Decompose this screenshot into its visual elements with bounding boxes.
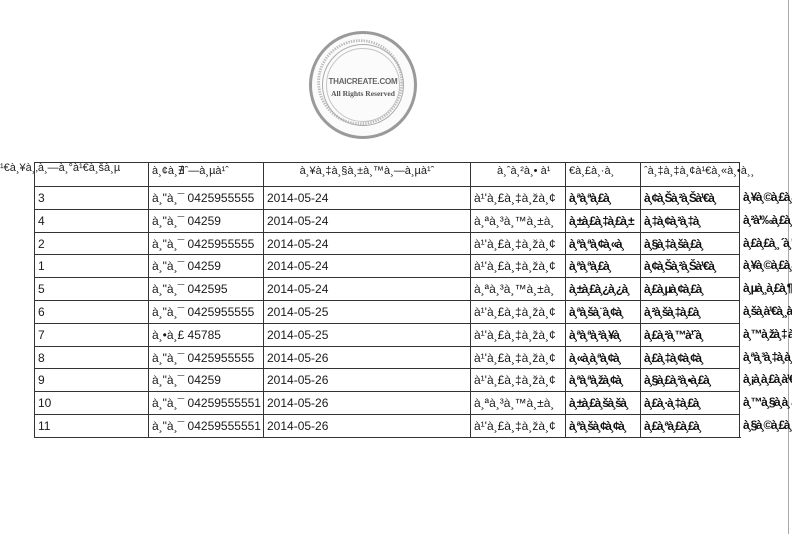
table-cell-c5: à¸±à¸£à¸‡à¸£à¸± — [565, 209, 640, 232]
table-cell-c5: à¸ªà¸ªà¸£à¸ — [565, 254, 640, 277]
table-cell-phone: à¸"à¸¯ 0425955555 — [148, 232, 263, 255]
table-cell-c5: à¸±à¸£à¸¿à¸¿à¸ — [565, 277, 640, 300]
table-cell-phone: à¸"à¸¯ 04259 — [148, 368, 263, 391]
table-cell-c5: à¸ªà¸ªà¸£à¸ — [565, 186, 640, 209]
table-cell-c6: à¸§à¸‡à¸šà¸£à¸ — [640, 232, 740, 255]
table-cell-id: 7 — [34, 323, 148, 346]
table-cell-c7: à¸²à¹‰à¸£à¸¢à¹€à¸ — [740, 209, 792, 232]
table-cell-c7: à¸šà¸à¹€à¸¸à¸ — [740, 300, 792, 323]
table-cell-c7: à¸§à¸©à¸£à¸™à¹€à¸ — [740, 414, 792, 437]
table-cell-c5: à¸ªà¸ªà¸²à¸¥à¸ — [565, 323, 640, 346]
table-cell-id: 9 — [34, 368, 148, 391]
table-cell-c5: à¸ªà¸ªà¸¢à¸«à¸ — [565, 232, 640, 255]
table-cell-date: 2014-05-25 — [263, 323, 470, 346]
table-cell-c4: à¹'à¸£à¸‡à¸žà¸¢ — [470, 368, 565, 391]
stamp-rights-text: All Rights Reserved — [312, 89, 414, 98]
table-cell-c6: à¸¢à¸Šà¸²à¸Šà¹€à¸ — [640, 186, 740, 209]
table-cell-c6: à¸£à¸µà¸¢à¸£à¸ — [640, 277, 740, 300]
table-cell-id: 1 — [34, 254, 148, 277]
table-cell-c4: à¹'à¸£à¸‡à¸žà¸¢ — [470, 254, 565, 277]
table-cell-phone: à¸"à¸¯ 042595 — [148, 277, 263, 300]
table-cell-id: 3 — [34, 186, 148, 209]
table-cell-c5: à¸±à¸£à¸šà¸šà¸ — [565, 391, 640, 414]
table-cell-phone: à¸"à¸¯ 0425955555 — [148, 300, 263, 323]
stamp-brand-name: THAICREATE.COM — [312, 77, 414, 86]
table-cell-c7: à¸µà¸¸à¸£à¸¶à¸ — [740, 277, 792, 300]
table-cell-c6: à¸£à¸·à¸‡à¸£à¸ — [640, 391, 740, 414]
table-cell-id: 4 — [34, 209, 148, 232]
table-cell-id: 8 — [34, 346, 148, 369]
table-cell-c4: à¹'à¸£à¸‡à¸žà¸¢ — [470, 346, 565, 369]
table-cell-c4: à¹'à¸£à¸‡à¸žà¸¢ — [470, 232, 565, 255]
table-cell-c6: à¸£à¸²à¸™à¹ˆà¸ — [640, 323, 740, 346]
table-cell-date: 2014-05-24 — [263, 186, 470, 209]
table-cell-c7: à¸¥à¸©à¸£à¸­à¹€à¸ — [740, 254, 792, 277]
table-cell-c6: à¸£à¸ªà¸£à¸£à¸ — [640, 414, 740, 437]
table-cell-c4: à¸ªà¸³à¸™à¸±à¸ — [470, 391, 565, 414]
table-cell-c5: à¸«à¸à¸ªà¸¢à¸ — [565, 346, 640, 369]
table-cell-c4: à¹'à¸£à¸‡à¸žà¸¢ — [470, 186, 565, 209]
table-bottom-border — [34, 437, 741, 438]
table-cell-date: 2014-05-24 — [263, 209, 470, 232]
table-cell-id: 5 — [34, 277, 148, 300]
table-cell-c4: à¹'à¸£à¸‡à¸žà¸¢ — [470, 414, 565, 437]
table-cell-date: 2014-05-26 — [263, 414, 470, 437]
table-cell-date: 2014-05-26 — [263, 391, 470, 414]
table-cell-c6: à¸‡à¸¢à¸²à¸‡à¸ — [640, 209, 740, 232]
table-cell-date: 2014-05-24 — [263, 232, 470, 255]
table-cell-id: 6 — [34, 300, 148, 323]
table-cell-phone: à¸"à¸¯ 0425955555 — [148, 186, 263, 209]
header-cell-from: à¸ˆà¸²à¸• à¹ — [470, 162, 565, 186]
table-cell-c5: à¸ªà¸ªà¸žà¸¢à¸ — [565, 368, 640, 391]
table-cell-c7: à¸¡à¸­à¸£à¸­à¹€à¸ — [740, 368, 792, 391]
header-cell-subject: €à¸£à¸·à¸ — [565, 162, 640, 186]
table-cell-c7: à¸™à¸§à¸à¸ à¹€à¸ — [740, 391, 792, 414]
table-cell-phone: à¸"à¸¯ 04259 — [148, 254, 263, 277]
table-cell-c7: à¸ªà¸³à¸‡à¸à¸šà¸ — [740, 346, 792, 369]
table-cell-c6: à¸²à¸šà¸‡à¸£à¸ — [640, 300, 740, 323]
table-cell-c4: à¹'à¸£à¸‡à¸žà¸¢ — [470, 323, 565, 346]
header-cell-date: à¸¥à¸‡à¸§à¸±à¸™à¸—à¸µà¹ˆ — [263, 162, 470, 186]
table-cell-date: 2014-05-25 — [263, 300, 470, 323]
header-cell-phone: à¸¢à¸∄ˆ—à¸µà¹ˆ — [148, 162, 263, 186]
table-cell-c4: à¹'à¸£à¸‡à¸žà¸¢ — [470, 300, 565, 323]
table-cell-c4: à¸ªà¸³à¸™à¸±à¸ — [470, 209, 565, 232]
header-cell-blank — [34, 162, 148, 186]
table-cell-c4: à¸ªà¸³à¸™à¸±à¸ — [470, 277, 565, 300]
thaicreate-stamp-logo: THAICREATE.COM All Rights Reserved — [309, 31, 417, 139]
table-cell-c7: à¸£à¸£à¸¸ ´à¸" — [740, 232, 792, 255]
table-cell-c5: à¸ªà¸šà¸¢à¸¢à¸ — [565, 414, 640, 437]
table-cell-phone: à¸"à¸¯ 0425955555 — [148, 346, 263, 369]
table-cell-phone: à¸"à¸¯ 04259555551 — [148, 414, 263, 437]
table-cell-id: 10 — [34, 391, 148, 414]
table-cell-phone: à¸"à¸¯ 04259 — [148, 209, 263, 232]
header-cell-note: ˆà¸‡à¸‡à¸¢à¹€à¸«à¸•à¸¸ — [640, 162, 740, 186]
table-cell-c7: à¸™à¸žà¸‡ à¸šà¸ — [740, 323, 792, 346]
table-cell-date: 2014-05-26 — [263, 368, 470, 391]
table-cell-c7: à¸¥à¸©à¸£à¸­à¹€à¸ — [740, 186, 792, 209]
table-cell-date: 2014-05-24 — [263, 277, 470, 300]
table-cell-date: 2014-05-26 — [263, 346, 470, 369]
table-cell-id: 11 — [34, 414, 148, 437]
table-cell-c6: à¸§à¸£à¸²à¸•à¸£à¸ — [640, 368, 740, 391]
table-cell-date: 2014-05-24 — [263, 254, 470, 277]
table-cell-id: 2 — [34, 232, 148, 255]
table-cell-phone: à¸"à¸¯ 04259555551 — [148, 391, 263, 414]
table-cell-c6: à¸£à¸‡à¸¢à¸¢à¸ — [640, 346, 740, 369]
table-cell-c6: à¸¢à¸Šà¸²à¸Šà¹€à¸ — [640, 254, 740, 277]
table-cell-phone: à¸•à¸£ 45785 — [148, 323, 263, 346]
table-cell-c5: à¸ªà¸šà¸¨à¸¢à¸ — [565, 300, 640, 323]
